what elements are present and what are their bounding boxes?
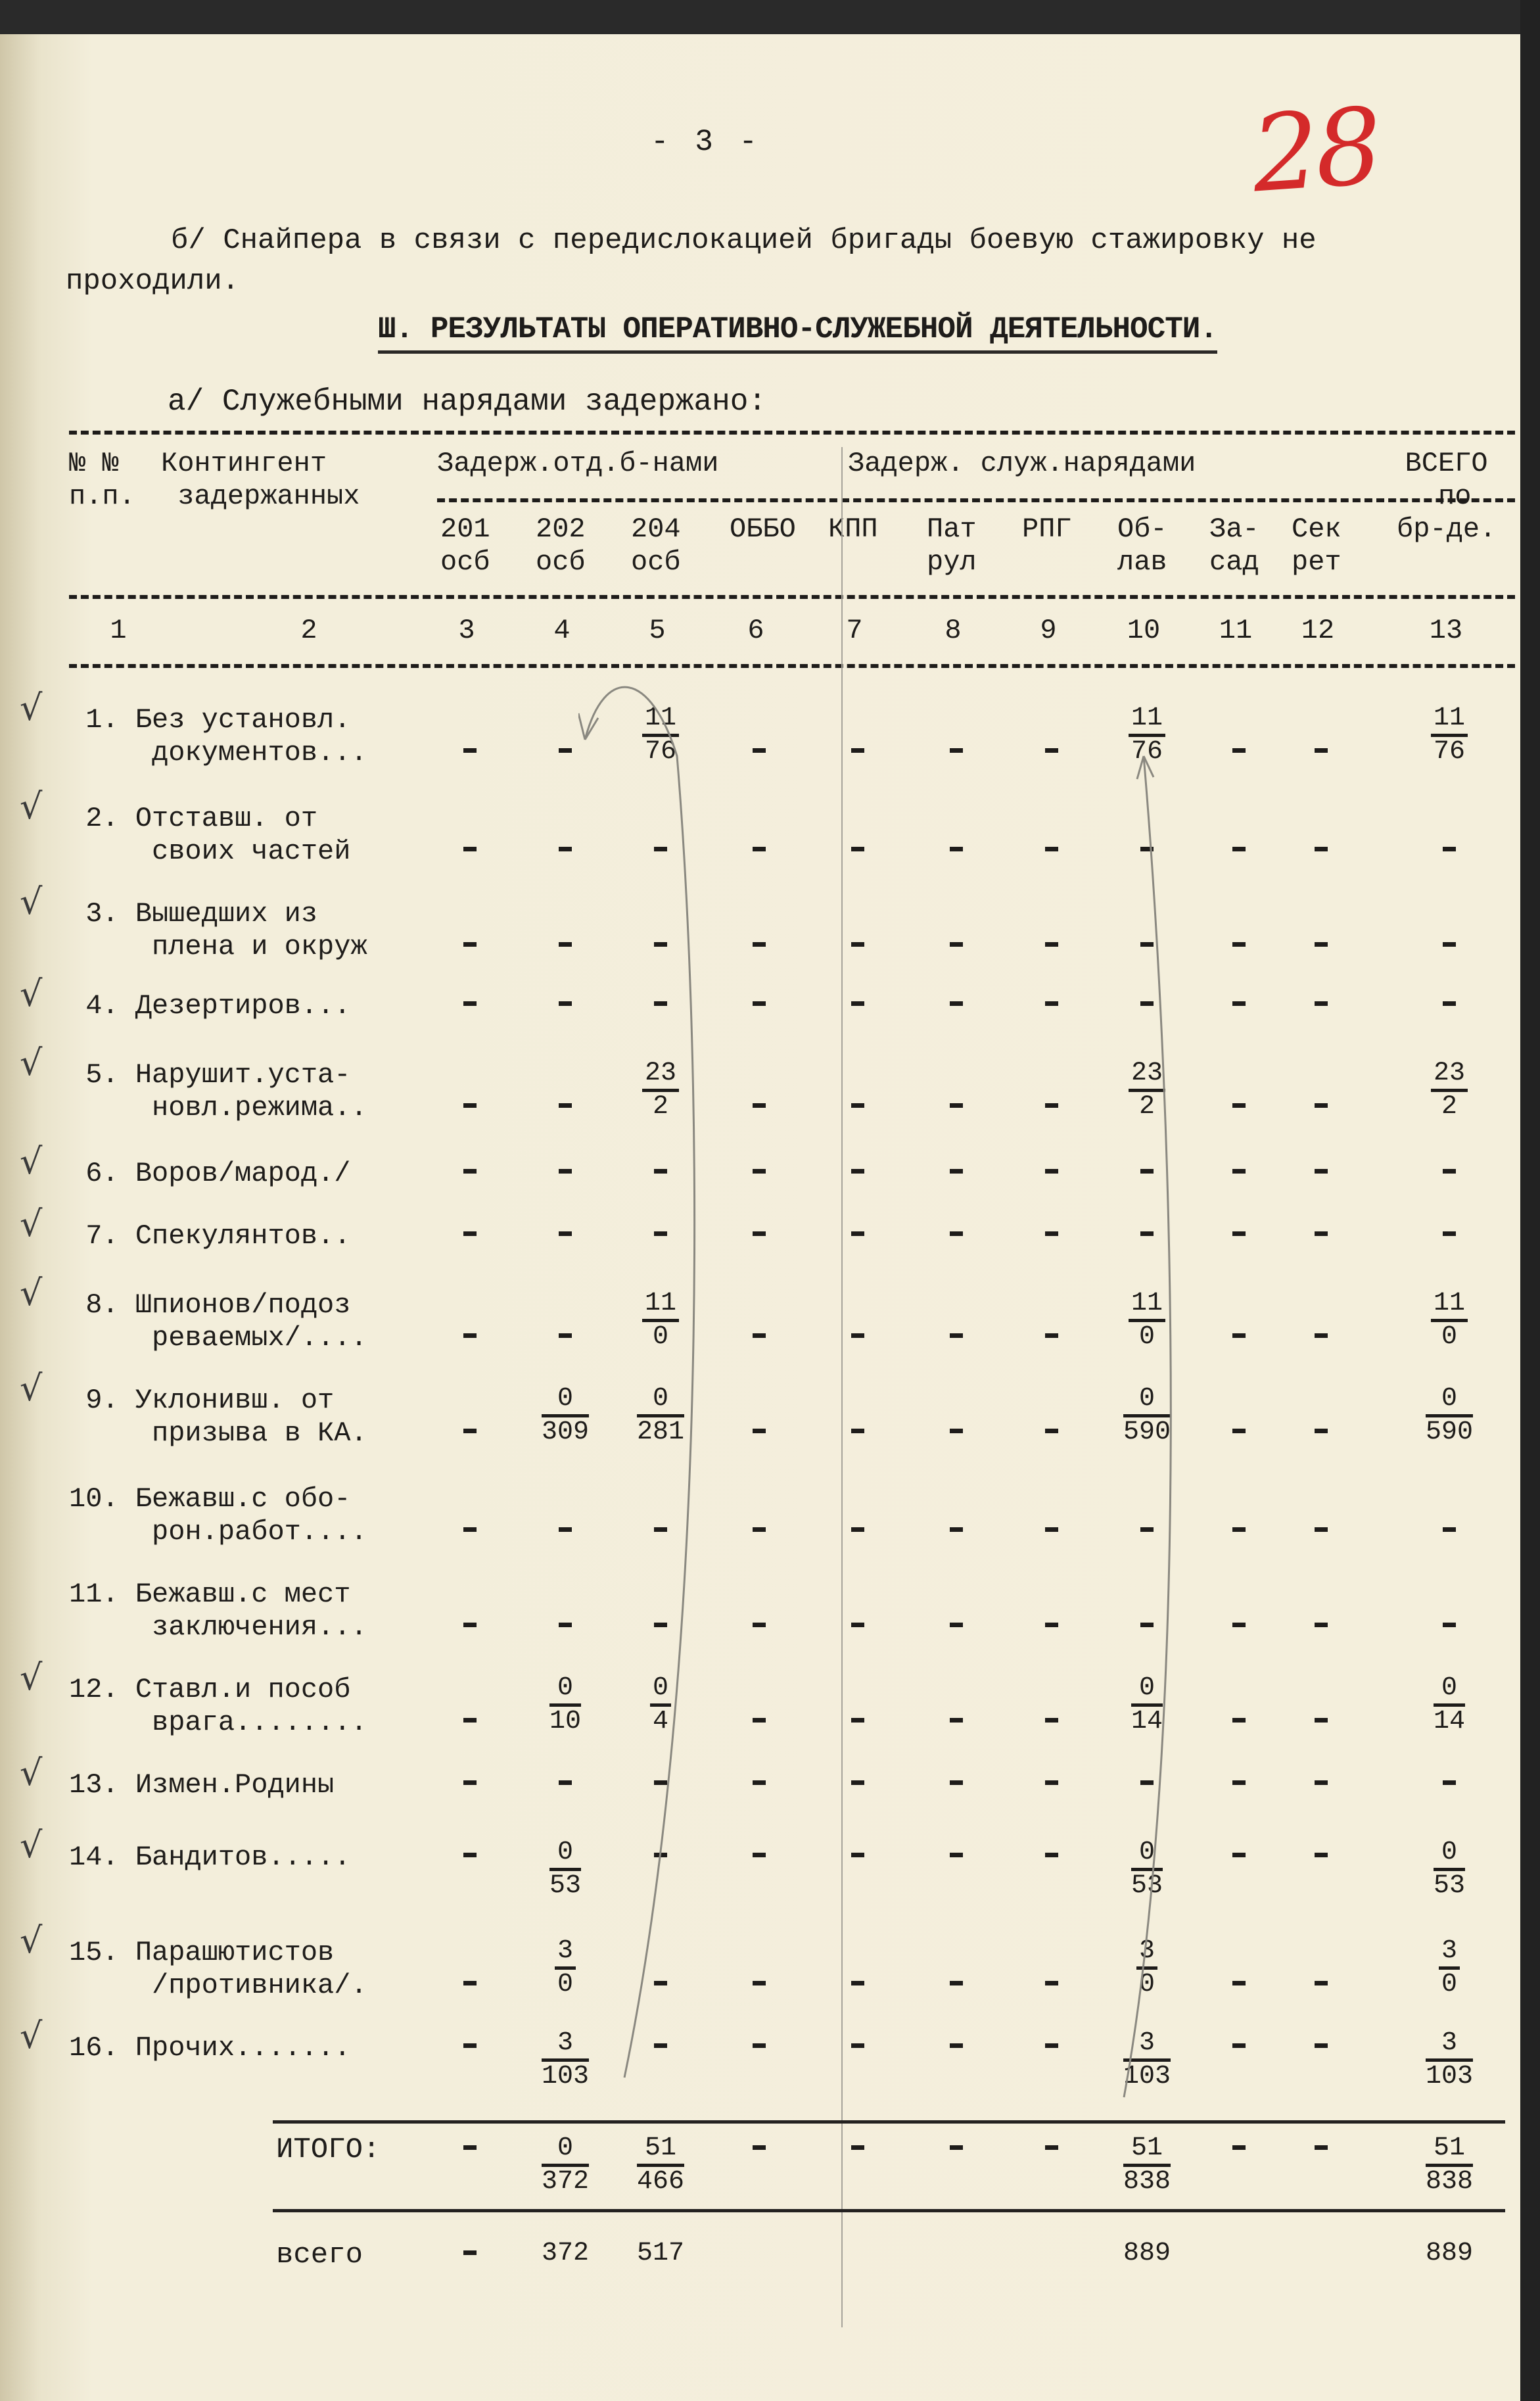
table-cell	[529, 1091, 601, 1122]
fraction-value: 0281	[637, 1384, 684, 1448]
table-cell	[822, 1220, 894, 1250]
table-cell	[1203, 1515, 1275, 1546]
empty-dash	[559, 1001, 572, 1006]
empty-dash	[851, 1527, 864, 1532]
empty-dash	[1315, 1981, 1328, 1985]
table-cell	[1015, 1515, 1088, 1546]
scan-border-top	[0, 0, 1540, 34]
fraction-value: 1176	[1431, 703, 1468, 767]
itogo-cell	[822, 2133, 894, 2164]
table-cell: 1176	[1413, 703, 1485, 767]
table-cell	[1015, 1706, 1088, 1736]
empty-dash	[1232, 1333, 1246, 1338]
table-cell	[920, 2032, 992, 2062]
empty-dash	[654, 1001, 667, 1006]
check-mark-icon: √	[20, 786, 42, 827]
numerator: 11	[1431, 703, 1468, 737]
table-cell	[920, 1091, 992, 1122]
itogo-label: ИТОГО:	[276, 2133, 380, 2166]
denominator: 590	[1123, 1417, 1171, 1448]
table-cell: 014	[1413, 1673, 1485, 1737]
empty-dash	[1443, 1169, 1456, 1174]
table-cell	[434, 930, 506, 961]
fraction-value: 014	[1434, 1673, 1465, 1737]
empty-dash	[1315, 942, 1328, 947]
empty-dash	[851, 1623, 864, 1627]
table-cell	[1015, 1157, 1088, 1187]
empty-dash	[654, 1981, 667, 1985]
numerator: 11	[642, 1289, 679, 1322]
empty-dash	[1140, 1169, 1154, 1174]
header-subcolumn-c6: ОББО	[730, 513, 796, 546]
row-label: 5. Нарушит.уста- новл.режима..	[69, 1058, 367, 1124]
table-cell	[1285, 1417, 1357, 1447]
table-cell	[1203, 1841, 1275, 1871]
table-cell	[529, 1769, 601, 1799]
table-cell	[529, 835, 601, 865]
intro-paragraph-text: б/ Снайпера в связи с передислокацией бр…	[66, 224, 1317, 298]
empty-dash	[559, 1623, 572, 1627]
header-contingent: Контингент задержанных	[161, 447, 360, 513]
fraction-value: 0590	[1426, 1384, 1473, 1448]
row-label: 7. Спекулянтов..	[69, 1220, 350, 1252]
empty-dash	[654, 1527, 667, 1532]
table-cell	[920, 1706, 992, 1736]
empty-dash	[753, 1001, 766, 1006]
table-cell	[1285, 2032, 1357, 2062]
check-mark-icon: √	[20, 1272, 42, 1314]
empty-dash	[1045, 1853, 1058, 1857]
numerator: 0	[650, 1673, 671, 1707]
table-cell	[1015, 2032, 1088, 2062]
empty-dash	[753, 2145, 766, 2150]
table-cell	[1285, 1706, 1357, 1736]
fraction-value: 0372	[542, 2133, 589, 2197]
table-cell	[624, 930, 697, 961]
cell-value: 889	[1123, 2239, 1171, 2268]
denominator: 372	[542, 2167, 589, 2197]
empty-dash	[851, 748, 864, 753]
empty-dash	[1140, 1780, 1154, 1785]
empty-dash	[851, 1103, 864, 1108]
header-no: № № п.п.	[69, 447, 135, 513]
fraction-value: 51838	[1123, 2133, 1171, 2197]
denominator: 10	[549, 1707, 581, 1737]
denominator: 2	[1129, 1092, 1165, 1122]
table-cell	[1413, 930, 1485, 961]
table-cell: 232	[1111, 1058, 1183, 1122]
table-cell	[822, 1417, 894, 1447]
empty-dash	[1045, 1981, 1058, 1985]
table-cell	[723, 1969, 795, 1999]
table-cell	[529, 1515, 601, 1546]
table-cell	[723, 989, 795, 1020]
table-cell	[1203, 1157, 1275, 1187]
empty-dash	[1140, 847, 1154, 851]
table-cell	[723, 1417, 795, 1447]
table-cell	[434, 736, 506, 767]
numerator: 3	[1136, 1936, 1157, 1970]
table-cell	[920, 835, 992, 865]
empty-dash	[559, 942, 572, 947]
empty-dash	[463, 1527, 477, 1532]
empty-dash	[1232, 1780, 1246, 1785]
itogo-cell: 51466	[624, 2133, 697, 2197]
check-mark-icon: √	[20, 881, 42, 922]
table-cell: 010	[529, 1673, 601, 1737]
table-cell	[434, 1157, 506, 1187]
empty-dash	[1232, 1527, 1246, 1532]
table-cell: 110	[624, 1289, 697, 1352]
empty-dash	[463, 2145, 477, 2150]
header-subcolumn-c12: Сек рет	[1292, 513, 1342, 579]
empty-dash	[463, 1333, 477, 1338]
table-cell: 110	[1413, 1289, 1485, 1352]
table-cell	[434, 1969, 506, 1999]
empty-dash	[950, 1429, 963, 1433]
section-title: Ш. РЕЗУЛЬТАТЫ ОПЕРАТИВНО-СЛУЖЕБНОЙ ДЕЯТЕ…	[378, 312, 1217, 354]
empty-dash	[559, 748, 572, 753]
handwritten-folio-number: 28	[1248, 85, 1382, 216]
empty-dash	[950, 748, 963, 753]
empty-dash	[559, 1103, 572, 1108]
empty-dash	[1140, 1001, 1154, 1006]
table-cell	[1285, 1841, 1357, 1871]
numerator: 0	[542, 1384, 589, 1417]
table-cell	[822, 1157, 894, 1187]
empty-dash	[1232, 748, 1246, 753]
row-label: 12. Ставл.и пособ врага........	[69, 1673, 367, 1739]
column-number: 1	[92, 615, 145, 646]
empty-dash	[1315, 1623, 1328, 1627]
table-cell	[1285, 1220, 1357, 1250]
table-cell	[920, 1220, 992, 1250]
empty-dash	[654, 1623, 667, 1627]
table-cell	[1015, 930, 1088, 961]
row-label: 13. Измен.Родины	[69, 1769, 334, 1801]
empty-dash	[1045, 748, 1058, 753]
empty-dash	[463, 1780, 477, 1785]
fraction-value: 110	[642, 1289, 679, 1352]
empty-dash	[753, 1527, 766, 1532]
empty-dash	[463, 1429, 477, 1433]
empty-dash	[950, 1718, 963, 1723]
table-cell	[1015, 1841, 1088, 1871]
header-subcolumn-c10: Об- лав	[1117, 513, 1167, 579]
table-cell	[1015, 989, 1088, 1020]
empty-dash	[463, 1981, 477, 1985]
table-cell	[434, 1220, 506, 1250]
empty-dash	[463, 1623, 477, 1627]
table-cell	[529, 930, 601, 961]
page-number: - 3 -	[651, 125, 761, 159]
table-cell	[822, 835, 894, 865]
table-cell	[529, 736, 601, 767]
table-cell	[1203, 1611, 1275, 1641]
table-cell	[822, 989, 894, 1020]
table-cell	[1111, 989, 1183, 1020]
denominator: 53	[1434, 1871, 1465, 1901]
empty-dash	[851, 1333, 864, 1338]
check-mark-icon: √	[20, 2015, 42, 2056]
empty-dash	[463, 942, 477, 947]
fraction-value: 232	[1431, 1058, 1468, 1122]
numerator: 0	[1434, 1838, 1465, 1871]
denominator: 0	[1439, 1970, 1460, 2000]
vsego-cell: 517	[624, 2239, 697, 2269]
table-cell	[1203, 736, 1275, 767]
table-cell	[1285, 736, 1357, 767]
table-cell	[624, 1841, 697, 1871]
empty-dash	[851, 1853, 864, 1857]
table-cell	[1203, 1321, 1275, 1352]
numerator: 0	[1123, 1384, 1171, 1417]
header-subcolumn-c9: РПГ	[1022, 513, 1072, 546]
denominator: 53	[549, 1871, 581, 1901]
empty-dash	[1315, 1103, 1328, 1108]
vsego-cell: 889	[1111, 2239, 1183, 2269]
table-cell	[1413, 1515, 1485, 1546]
empty-dash	[463, 1169, 477, 1174]
row-label: 9. Уклонивш. от призыва в КА.	[69, 1384, 367, 1450]
numerator: 11	[1129, 703, 1165, 737]
table-cell	[1413, 1769, 1485, 1799]
table-cell	[822, 736, 894, 767]
empty-dash	[753, 942, 766, 947]
table-cell: 0281	[624, 1384, 697, 1448]
empty-dash	[950, 2043, 963, 2048]
denominator: 0	[1129, 1322, 1165, 1352]
table-cell	[1203, 835, 1275, 865]
table-cell	[723, 1091, 795, 1122]
empty-dash	[950, 1333, 963, 1338]
table-cell: 1176	[1111, 703, 1183, 767]
table-cell: 04	[624, 1673, 697, 1737]
table-cell	[1413, 835, 1485, 865]
empty-dash	[851, 2145, 864, 2150]
empty-dash	[1045, 1429, 1058, 1433]
empty-dash	[753, 1780, 766, 1785]
row-label: 15. Парашютистов /противника/.	[69, 1936, 367, 2002]
empty-dash	[463, 1718, 477, 1723]
column-number: 4	[536, 615, 588, 646]
numerator: 23	[1129, 1058, 1165, 1092]
empty-dash	[950, 1001, 963, 1006]
table-cell	[920, 1157, 992, 1187]
denominator: 466	[637, 2167, 684, 2197]
table-cell	[1015, 1611, 1088, 1641]
fraction-value: 3103	[1426, 2028, 1473, 2092]
table-cell: 1176	[624, 703, 697, 767]
empty-dash	[1315, 1429, 1328, 1433]
table-cell	[1015, 1969, 1088, 1999]
table-cell	[529, 1157, 601, 1187]
empty-dash	[851, 1718, 864, 1723]
fraction-value: 0309	[542, 1384, 589, 1448]
table-cell	[723, 1769, 795, 1799]
empty-dash	[463, 2043, 477, 2048]
numerator: 51	[637, 2133, 684, 2167]
table-cell: 3103	[1111, 2028, 1183, 2092]
fraction-value: 30	[1136, 1936, 1157, 2000]
empty-dash	[851, 847, 864, 851]
row-label: 10. Бежавш.с обо- рон.работ....	[69, 1483, 367, 1548]
row-label: 3. Вышедших из плена и окруж	[69, 897, 367, 963]
table-cell: 0309	[529, 1384, 601, 1448]
empty-dash	[851, 1780, 864, 1785]
vsego-cell	[434, 2239, 506, 2269]
empty-dash	[950, 847, 963, 851]
empty-dash	[1232, 1231, 1246, 1236]
itogo-cell: 51838	[1413, 2133, 1485, 2197]
denominator: 838	[1426, 2167, 1473, 2197]
numerator: 3	[1123, 2028, 1171, 2062]
empty-dash	[950, 2145, 963, 2150]
header-subcolumn-c5: 204 осб	[631, 513, 681, 579]
header-subcolumn-c3: 201 осб	[440, 513, 490, 579]
empty-dash	[1232, 1853, 1246, 1857]
table-cell	[434, 1841, 506, 1871]
column-number: 13	[1420, 615, 1472, 646]
empty-dash	[1315, 1853, 1328, 1857]
check-mark-icon: √	[20, 1042, 42, 1083]
table-cell: 3103	[529, 2028, 601, 2092]
table-cell	[723, 736, 795, 767]
table-cell	[920, 1969, 992, 1999]
empty-dash	[1045, 1527, 1058, 1532]
intro-paragraph: б/ Снайпера в связи с передислокацией бр…	[66, 220, 1466, 302]
table-cell	[920, 930, 992, 961]
empty-dash	[1232, 847, 1246, 851]
empty-dash	[851, 1429, 864, 1433]
empty-dash	[1232, 1718, 1246, 1723]
subheading: а/ Служебными нарядами задержано:	[168, 385, 766, 419]
column-number: 6	[730, 615, 782, 646]
table-cell	[1203, 1417, 1275, 1447]
row-label: 2. Отставш. от своих частей	[69, 802, 350, 868]
empty-dash	[753, 1231, 766, 1236]
empty-dash	[463, 1001, 477, 1006]
fraction-value: 053	[1131, 1838, 1163, 1901]
numerator: 11	[642, 703, 679, 737]
empty-dash	[1315, 2043, 1328, 2048]
table-cell	[1015, 835, 1088, 865]
table-cell: 0590	[1413, 1384, 1485, 1448]
table-cell	[920, 1515, 992, 1546]
row-label: 6. Воров/марод./	[69, 1157, 350, 1190]
empty-dash	[654, 1169, 667, 1174]
table-cell	[434, 1515, 506, 1546]
table-cell	[624, 1157, 697, 1187]
denominator: 76	[642, 737, 679, 767]
empty-dash	[1232, 1001, 1246, 1006]
table-cell	[1285, 989, 1357, 1020]
fraction-value: 0590	[1123, 1384, 1171, 1448]
empty-dash	[950, 1231, 963, 1236]
table-cell	[1203, 1220, 1275, 1250]
table-cell	[822, 1969, 894, 1999]
empty-dash	[753, 1333, 766, 1338]
table-cell	[723, 1220, 795, 1250]
table-cell	[822, 1611, 894, 1641]
check-mark-icon: √	[20, 1141, 42, 1182]
empty-dash	[1045, 1169, 1058, 1174]
table-top-rule	[69, 431, 1515, 435]
empty-dash	[851, 1231, 864, 1236]
itogo-cell	[920, 2133, 992, 2164]
empty-dash	[463, 748, 477, 753]
scan-border-right	[1520, 0, 1540, 2401]
table-cell	[1111, 1769, 1183, 1799]
empty-dash	[1315, 1718, 1328, 1723]
table-cell: 3103	[1413, 2028, 1485, 2092]
empty-dash	[1232, 1623, 1246, 1627]
table-cell	[1413, 1220, 1485, 1250]
table-cell	[624, 1515, 697, 1546]
numerator: 11	[1431, 1289, 1468, 1322]
table-cell: 053	[1413, 1838, 1485, 1901]
row-label: 14. Бандитов.....	[69, 1841, 350, 1874]
empty-dash	[559, 847, 572, 851]
denominator: 76	[1431, 737, 1468, 767]
empty-dash	[1443, 942, 1456, 947]
column-number: 11	[1209, 615, 1262, 646]
table-cell	[1015, 1220, 1088, 1250]
denominator: 4	[650, 1707, 671, 1737]
empty-dash	[1443, 1780, 1456, 1785]
denominator: 103	[1426, 2062, 1473, 2092]
check-mark-icon: √	[20, 1367, 42, 1409]
empty-dash	[753, 1853, 766, 1857]
empty-dash	[654, 1780, 667, 1785]
denominator: 2	[642, 1092, 679, 1122]
table-cell	[1285, 1611, 1357, 1641]
table-cell	[1203, 2032, 1275, 2062]
column-number: 8	[927, 615, 979, 646]
empty-dash	[1045, 847, 1058, 851]
table-cell	[434, 835, 506, 865]
empty-dash	[950, 1981, 963, 1985]
table-cell	[822, 1841, 894, 1871]
cell-value: 517	[637, 2239, 684, 2268]
table-cell	[624, 1969, 697, 1999]
row-label: 4. Дезертиров...	[69, 989, 350, 1022]
empty-dash	[753, 2043, 766, 2048]
empty-dash	[1443, 1623, 1456, 1627]
empty-dash	[463, 847, 477, 851]
vsego-label: всего	[276, 2239, 363, 2271]
empty-dash	[753, 1623, 766, 1627]
empty-dash	[559, 1780, 572, 1785]
empty-dash	[753, 1169, 766, 1174]
fraction-value: 014	[1131, 1673, 1163, 1737]
header-subcolumn-c8: Пат рул	[927, 513, 977, 579]
fraction-value: 30	[555, 1936, 576, 2000]
colnum-bottom-rule	[69, 664, 1515, 668]
numerator: 11	[1129, 1289, 1165, 1322]
header-subcolumn-c4: 202 осб	[536, 513, 586, 579]
check-mark-icon: √	[20, 1657, 42, 1698]
table-cell	[1111, 1220, 1183, 1250]
table-cell	[822, 1515, 894, 1546]
table-cell	[1413, 1157, 1485, 1187]
empty-dash	[1443, 1527, 1456, 1532]
table-cell	[1015, 1417, 1088, 1447]
empty-dash	[1315, 2145, 1328, 2150]
table-cell	[1285, 1157, 1357, 1187]
table-cell	[624, 2032, 697, 2062]
table-cell	[624, 835, 697, 865]
